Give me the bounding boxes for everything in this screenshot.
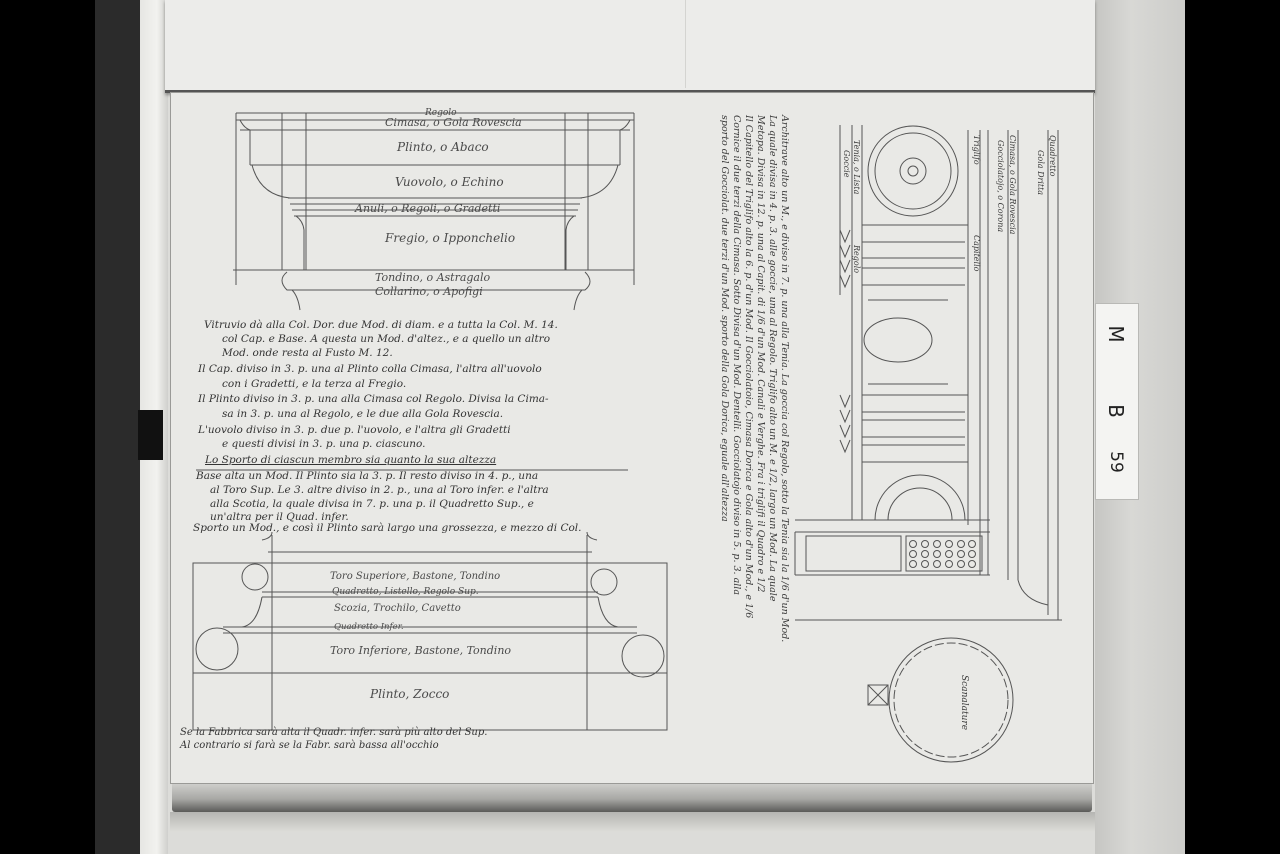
- base-footnote: Al contrario si farà se la Fabr. sarà ba…: [180, 739, 439, 753]
- entablature-label-gocciolatojo: Gocciolatojo, o Corona: [994, 140, 1006, 232]
- vertical-note-line: sporto del Gocciolat. due terzi d'un Mod…: [718, 115, 730, 522]
- note-line: L'uovolo diviso in 3. p. due p. l'uovolo…: [198, 423, 511, 437]
- note-line: sa in 3. p. una al Regolo, e le due alla…: [222, 407, 503, 421]
- entablature-label-quadretto: Quadretto: [1046, 135, 1058, 176]
- capital-label-tondino: Tondino, o Astragalo: [375, 271, 490, 284]
- vertical-note-line: Cornice il due terzi della Cimasa. Sotto…: [730, 115, 742, 595]
- entablature-label-cimasa: Cimasa, o Gola Rovescia: [1006, 135, 1018, 234]
- plan-label-scanalature: Scanalature: [958, 675, 970, 730]
- note-line: e questi divisi in 3. p. una p. ciascuno…: [222, 437, 426, 451]
- note-line: Il Plinto diviso in 3. p. una alla Cimas…: [198, 392, 549, 406]
- doric-entablature-drawing: [795, 125, 1062, 620]
- note-line: Vitruvio dà alla Col. Dor. due Mod. di d…: [204, 318, 558, 332]
- entablature-label-triglifo: Triglifo: [970, 135, 982, 165]
- vertical-note-line: Metopa. Divisa in 12. p. una al Capit. d…: [754, 115, 766, 592]
- base-footnote: Se la Fabbrica sarà alta il Quadr. infer…: [180, 726, 487, 740]
- tag-number: 59: [1106, 450, 1126, 474]
- base-label-scozia: Scozia, Trochilo, Cavetto: [334, 603, 461, 614]
- base-label-plinto: Plinto, Zocco: [370, 687, 449, 701]
- entablature-label-capitello: Capitello: [970, 235, 982, 271]
- capital-label-collarino: Collarino, o Apofigi: [375, 285, 483, 298]
- archive-tag: M B 59: [1095, 303, 1139, 500]
- capital-label-anuli: Anuli, o Regoli, o Gradetti: [355, 202, 500, 215]
- note-line: Base alta un Mod. Il Plinto sia la 3. p.…: [196, 469, 538, 483]
- entablature-label-gola-dritta: Gola Dritta: [1034, 150, 1046, 195]
- capital-label-cimasa: Cimasa, o Gola Rovescia: [385, 116, 522, 129]
- base-label-toro-inferiore: Toro Inferiore, Bastone, Tondino: [330, 644, 511, 657]
- capital-label-plinto: Plinto, o Abaco: [397, 140, 489, 154]
- note-line: Il Cap. diviso in 3. p. una al Plinto co…: [198, 362, 542, 376]
- base-label-quadretto-sup: Quadretto, Listello, Regolo Sup.: [332, 587, 479, 597]
- capital-label-echino: Vuovolo, o Echino: [395, 175, 504, 189]
- note-line: Lo Sporto di ciascun membro sia quanto l…: [205, 453, 496, 467]
- tag-letter: M: [1104, 322, 1128, 346]
- capital-label-fregio: Fregio, o Ipponchelio: [385, 231, 515, 245]
- base-label-toro-superiore: Toro Superiore, Bastone, Tondino: [330, 571, 500, 582]
- note-line: Mod. onde resta al Fusto M. 12.: [222, 346, 393, 360]
- note-line: con i Gradetti, e la terza al Fregio.: [222, 377, 406, 391]
- note-line: alla Scotia, la quale divisa in 7. p. un…: [210, 497, 534, 511]
- tag-letter: B: [1104, 399, 1128, 423]
- entablature-label-goccie: Goccie: [840, 150, 852, 177]
- column-plan-drawing: [868, 638, 1013, 762]
- entablature-label-regolo: Regolo: [850, 245, 862, 273]
- vertical-note-line: Architrave alto un M., e diviso in 7. p.…: [778, 115, 790, 642]
- vertical-note-line: La quale divisa in 4. p. 3. alle goccie,…: [766, 115, 778, 601]
- note-line: Sporto un Mod., e così il Plinto sarà la…: [193, 521, 582, 535]
- base-label-quadretto-infer: Quadretto Infer.: [334, 622, 404, 632]
- vertical-note-line: Il Capitello del Triglifo alto la 6. p. …: [742, 115, 754, 618]
- note-line: al Toro Sup. Le 3. altre diviso in 2. p.…: [210, 483, 549, 497]
- note-line: col Cap. e Base. A questa un Mod. d'alte…: [222, 332, 550, 346]
